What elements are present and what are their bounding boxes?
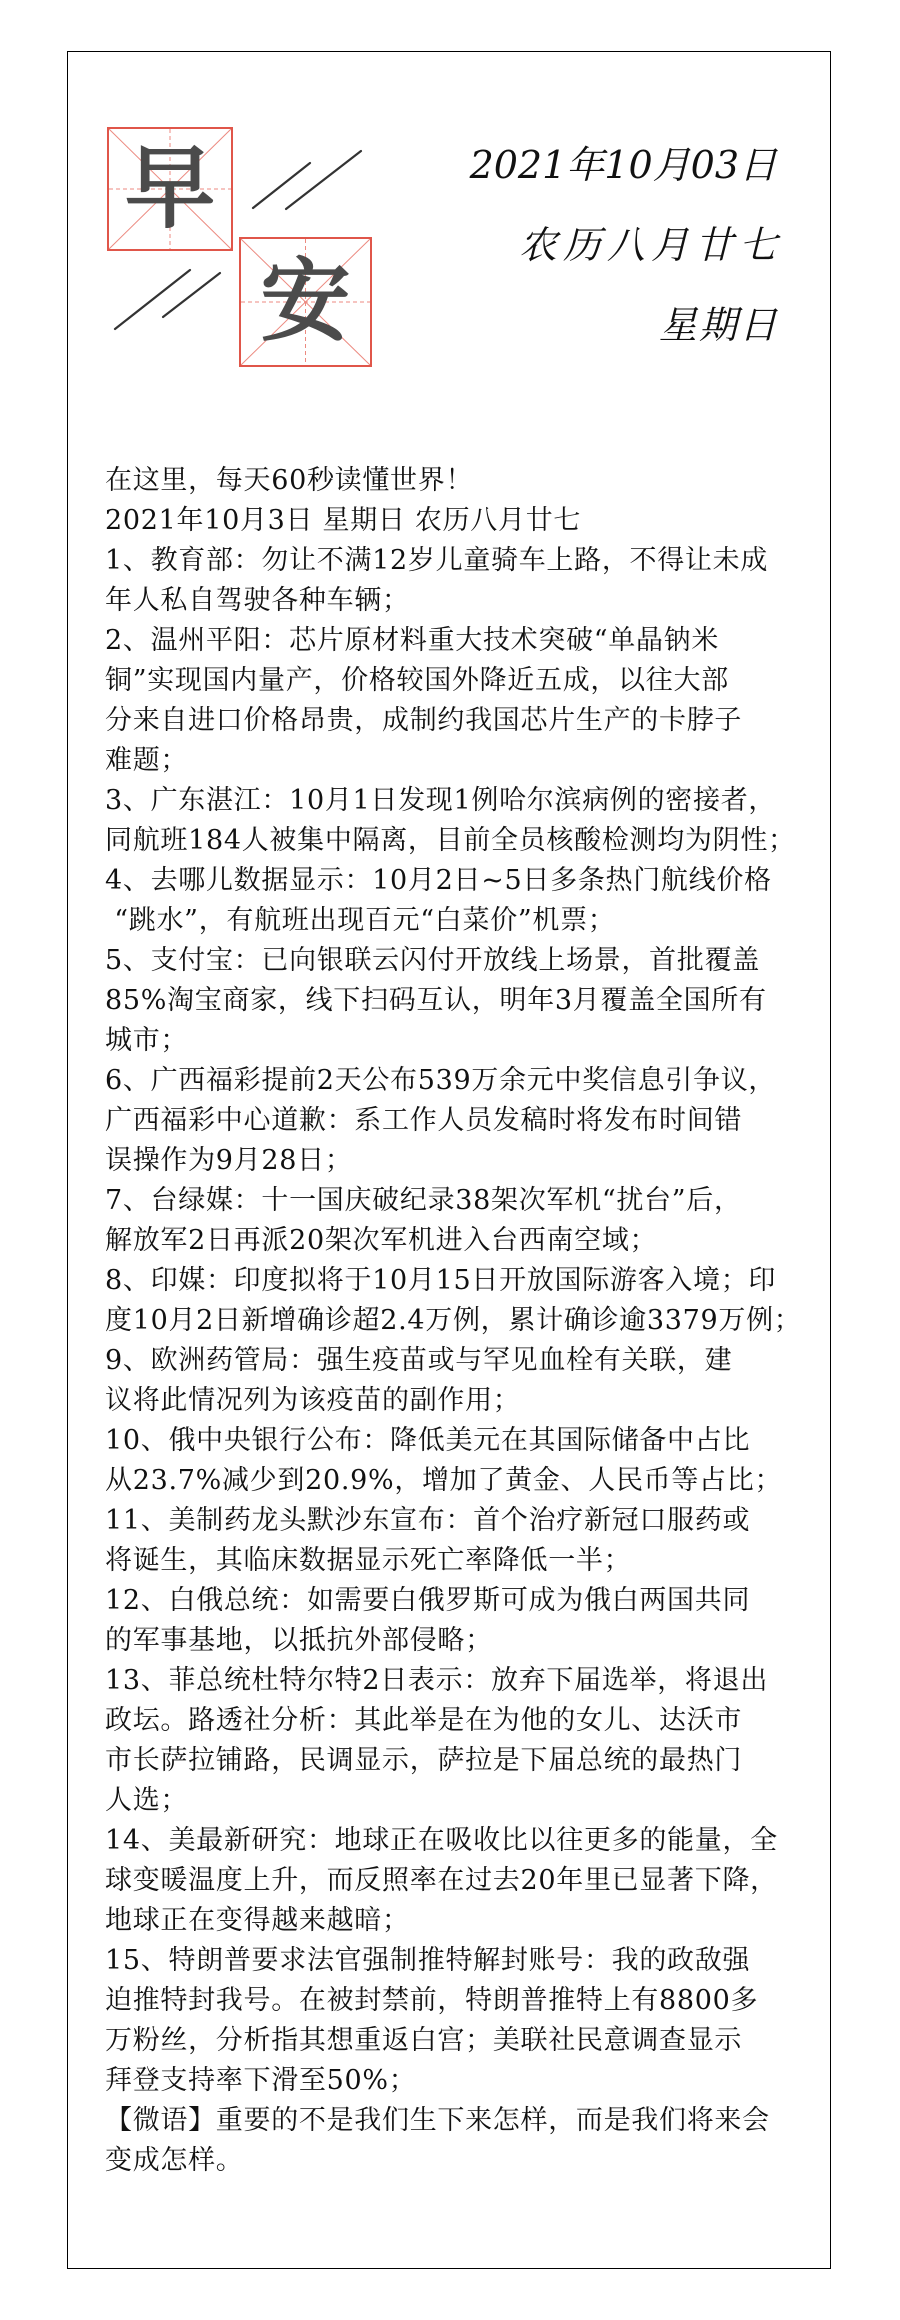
news-line: 难题； <box>105 741 830 781</box>
news-line: 85%淘宝商家，线下扫码互认，明年3月覆盖全国所有 <box>105 981 830 1021</box>
news-line: 迫推特封我号。在被封禁前，特朗普推特上有8800多 <box>105 1981 830 2021</box>
news-line: 12、白俄总统：如需要白俄罗斯可成为俄白两国共同 <box>105 1581 830 1621</box>
news-line: 2、温州平阳：芯片原材料重大技术突破“单晶钠米 <box>105 621 830 661</box>
news-line: 度10月2日新增确诊超2.4万例，累计确诊逾3379万例； <box>105 1301 830 1341</box>
news-line: 政坛。路透社分析：其此举是在为他的女儿、达沃市 <box>105 1701 830 1741</box>
quote-line: 变成怎样。 <box>105 2141 830 2181</box>
gregorian-date: 2021年10月03日 <box>470 145 777 185</box>
news-line: 1、教育部：勿让不满12岁儿童骑车上路，不得让未成 <box>105 541 830 581</box>
greeting-char-an: 安 <box>261 257 351 347</box>
news-line: 的军事基地，以抵抗外部侵略； <box>105 1621 830 1661</box>
news-line: “跳水”，有航班出现百元“白菜价”机票； <box>105 901 830 941</box>
lunar-date: 农历八月廿七 <box>519 225 783 265</box>
news-line: 人选； <box>105 1781 830 1821</box>
greeting-char-box-zao: 早 <box>107 127 233 251</box>
quote-line: 【微语】重要的不是我们生下来怎样，而是我们将来会 <box>105 2101 830 2141</box>
news-line: 14、美最新研究：地球正在吸收比以往更多的能量，全 <box>105 1821 830 1861</box>
news-line: 2021年10月3日 星期日 农历八月廿七 <box>105 501 830 541</box>
news-line: 7、台绿媒：十一国庆破纪录38架次军机“扰台”后， <box>105 1181 830 1221</box>
greeting-char-zao: 早 <box>125 144 215 234</box>
news-line: 15、特朗普要求法官强制推特解封账号：我的政敌强 <box>105 1941 830 1981</box>
news-line: 将诞生，其临床数据显示死亡率降低一半； <box>105 1541 830 1581</box>
news-line: 11、美制药龙头默沙东宣布：首个治疗新冠口服药或 <box>105 1501 830 1541</box>
news-line: 3、广东湛江：10月1日发现1例哈尔滨病例的密接者， <box>105 781 830 821</box>
news-line: 10、俄中央银行公布：降低美元在其国际储备中占比 <box>105 1421 830 1461</box>
news-body: 在这里，每天60秒读懂世界！ 2021年10月3日 星期日 农历八月廿七 1、教… <box>105 461 830 2181</box>
news-line: 在这里，每天60秒读懂世界！ <box>105 461 830 501</box>
news-line: 铜”实现国内量产，价格较国外降近五成，以往大部 <box>105 661 830 701</box>
news-line: 万粉丝，分析指其想重返白宫；美联社民意调查显示 <box>105 2021 830 2061</box>
news-line: 8、印媒：印度拟将于10月15日开放国际游客入境；印 <box>105 1261 830 1301</box>
news-line: 广西福彩中心道歉：系工作人员发稿时将发布时间错 <box>105 1101 830 1141</box>
news-line: 误操作为9月28日； <box>105 1141 830 1181</box>
news-line: 9、欧洲药管局：强生疫苗或与罕见血栓有关联，建 <box>105 1341 830 1381</box>
news-line: 4、去哪儿数据显示：10月2日~5日多条热门航线价格 <box>105 861 830 901</box>
news-line: 市长萨拉铺路，民调显示，萨拉是下届总统的最热门 <box>105 1741 830 1781</box>
news-line: 解放军2日再派20架次军机进入台西南空域； <box>105 1221 830 1261</box>
news-line: 年人私自驾驶各种车辆； <box>105 581 830 621</box>
news-line: 6、广西福彩提前2天公布539万余元中奖信息引争议， <box>105 1061 830 1101</box>
greeting-char-box-an: 安 <box>239 237 372 367</box>
news-line: 拜登支持率下滑至50%； <box>105 2061 830 2101</box>
news-line: 议将此情况列为该疫苗的副作用； <box>105 1381 830 1421</box>
news-line: 球变暖温度上升，而反照率在过去20年里已显著下降， <box>105 1861 830 1901</box>
news-line: 分来自进口价格昂贵，成制约我国芯片生产的卡脖子 <box>105 701 830 741</box>
news-line: 5、支付宝：已向银联云闪付开放线上场景，首批覆盖 <box>105 941 830 981</box>
news-line: 从23.7%减少到20.9%，增加了黄金、人民币等占比； <box>105 1461 830 1501</box>
weekday: 星期日 <box>659 305 779 345</box>
news-line: 同航班184人被集中隔离，目前全员核酸检测均为阴性； <box>105 821 830 861</box>
news-line: 13、菲总统杜特尔特2日表示：放弃下届选举，将退出 <box>105 1661 830 1701</box>
news-line: 地球正在变得越来越暗； <box>105 1901 830 1941</box>
news-line: 城市； <box>105 1021 830 1061</box>
